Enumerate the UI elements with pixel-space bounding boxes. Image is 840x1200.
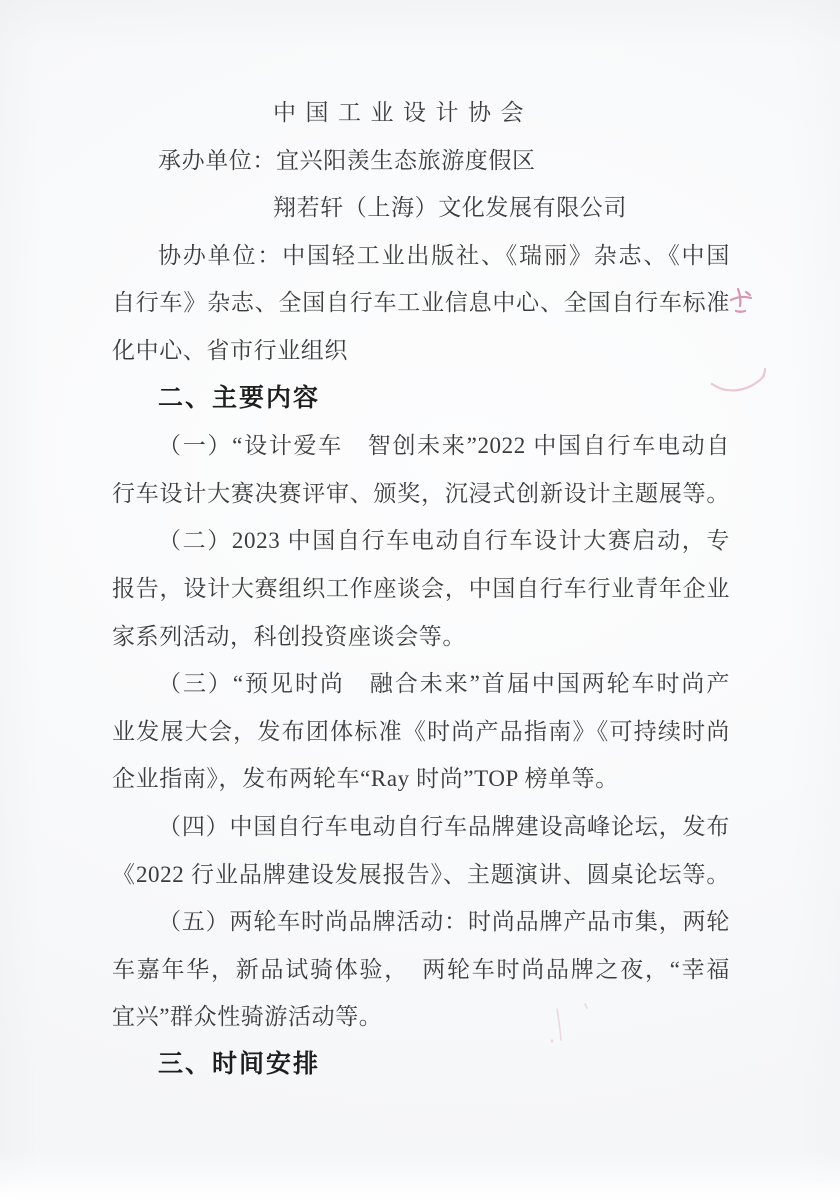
section-heading: 二、主要内容: [112, 375, 730, 423]
text-line: 承办单位：宜兴阳羡生态旅游度假区: [112, 137, 730, 185]
text-line: （一）“设计爱车 智创未来”2022 中国自行车电动自: [112, 422, 730, 470]
text-line: 业发展大会，发布团体标准《时尚产品指南》《可持续时尚: [112, 708, 730, 756]
text-line: 翔若轩（上海）文化发展有限公司: [112, 184, 730, 232]
text-line: （五）两轮车时尚品牌活动：时尚品牌产品市集，两轮: [112, 898, 730, 946]
text-line: 《2022 行业品牌建设发展报告》、主题演讲、圆桌论坛等。: [112, 851, 730, 899]
text-line: 家系列活动，科创投资座谈会等。: [112, 613, 730, 661]
text-line: 中国工业设计协会: [112, 89, 730, 137]
text-line: 化中心、省市行业组织: [112, 327, 730, 375]
text-line: 行车设计大赛决赛评审、颁奖，沉浸式创新设计主题展等。: [112, 470, 730, 518]
text-line: （二）2023 中国自行车电动自行车设计大赛启动，专家: [112, 517, 730, 565]
text-line: 宜兴”群众性骑游活动等。: [112, 993, 730, 1041]
text-line: （四）中国自行车电动自行车品牌建设高峰论坛，发布: [112, 803, 730, 851]
text-line: 自行车》杂志、全国自行车工业信息中心、全国自行车标准: [112, 279, 730, 327]
text-line: 车嘉年华，新品试骑体验， 两轮车时尚品牌之夜，“幸福: [112, 946, 730, 994]
text-line: 协办单位：中国轻工业出版社、《瑞丽》杂志、《中国: [112, 232, 730, 280]
text-line: （三）“预见时尚 融合未来”首届中国两轮车时尚产: [112, 660, 730, 708]
text-line: 报告，设计大赛组织工作座谈会，中国自行车行业青年企业: [112, 565, 730, 613]
document-text: 中国工业设计协会承办单位：宜兴阳羡生态旅游度假区翔若轩（上海）文化发展有限公司协…: [112, 89, 730, 1088]
section-heading: 三、时间安排: [112, 1041, 730, 1089]
document-page: 中国工业设计协会承办单位：宜兴阳羡生态旅游度假区翔若轩（上海）文化发展有限公司协…: [0, 0, 840, 1200]
pink-ink-scribble: [731, 289, 751, 312]
text-line: 企业指南》，发布两轮车“Ray 时尚”TOP 榜单等。: [112, 755, 730, 803]
